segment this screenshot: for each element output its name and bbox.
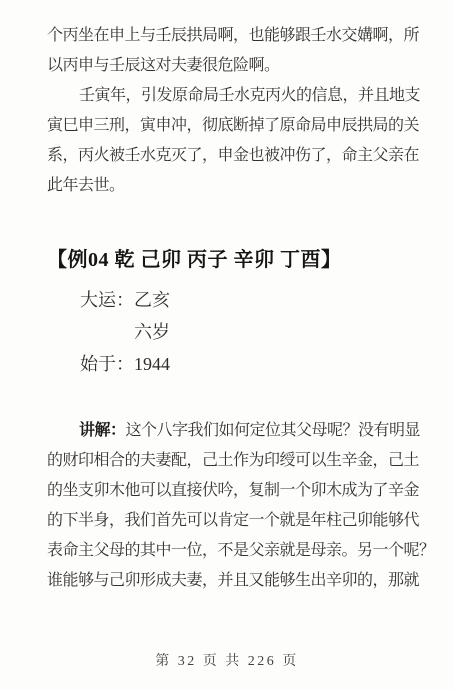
paragraph-line: 的坐支卯木他可以直接伏吟，复制一个卯木成为了辛金: [47, 476, 416, 506]
explanation-paragraph: 讲解：这个八字我们如何定位其父母呢？没有明显 的财印相合的夫妻配，己土作为印绶可…: [47, 416, 416, 596]
dayun-block: 大运：乙亥 六岁 始于：1944: [47, 284, 416, 380]
paragraph-line: 寅巳申三刑，寅申冲，彻底断掉了原命局申辰拱局的关: [47, 111, 416, 141]
example-heading: 【例04 乾 己卯 丙子 辛卯 丁酉】: [47, 245, 416, 275]
paragraph-line: 谁能够与己卯形成夫妻，并且又能够生出辛卯的，那就: [47, 566, 416, 596]
explanation-label: 讲解：: [79, 422, 126, 439]
dayun-label: 大运：: [80, 290, 134, 310]
paragraph-line: 系，丙火被壬水克灭了，申金也被冲伤了，命主父亲在: [47, 141, 416, 171]
paragraph-line: 以丙申与壬辰这对夫妻很危险啊。: [47, 51, 416, 81]
paragraph-line: 讲解：这个八字我们如何定位其父母呢？没有明显: [47, 416, 416, 446]
dayun-value: 乙亥: [134, 290, 170, 310]
paragraph-line: 表命主父母的其中一位，不是父亲就是母亲。另一个呢？: [47, 536, 416, 566]
explanation-line-text: 这个八字我们如何定位其父母呢？没有明显: [126, 422, 421, 439]
start-year-label: 始于：: [80, 354, 134, 374]
starting-age: 六岁: [47, 316, 416, 348]
start-year-line: 始于：1944: [47, 348, 416, 380]
paragraph-line: 的财印相合的夫妻配，己土作为印绶可以生辛金，己土: [47, 446, 416, 476]
intro-paragraph: 个丙坐在申上与壬辰拱局啊，也能够跟壬水交媾啊，所 以丙申与壬辰这对夫妻很危险啊。: [47, 21, 416, 81]
paragraph-line: 此年去世。: [47, 171, 416, 201]
paragraph-line: 个丙坐在申上与壬辰拱局啊，也能够跟壬水交媾啊，所: [47, 21, 416, 51]
dayun-line: 大运：乙亥: [47, 284, 416, 316]
paragraph-line: 壬寅年，引发原命局壬水克丙火的信息，并且地支: [47, 81, 416, 111]
page-content: 个丙坐在申上与壬辰拱局啊，也能够跟壬水交媾啊，所 以丙申与壬辰这对夫妻很危险啊。…: [0, 0, 454, 596]
start-year-value: 1944: [134, 354, 170, 374]
page-number-footer: 第 32 页 共 226 页: [0, 650, 454, 670]
book-page: 个丙坐在申上与壬辰拱局啊，也能够跟壬水交媾啊，所 以丙申与壬辰这对夫妻很危险啊。…: [0, 0, 454, 690]
paragraph-line: 的下半身，我们首先可以肯定一个就是年柱己卯能够代: [47, 506, 416, 536]
event-paragraph: 壬寅年，引发原命局壬水克丙火的信息，并且地支 寅巳申三刑，寅申冲，彻底断掉了原命…: [47, 81, 416, 201]
